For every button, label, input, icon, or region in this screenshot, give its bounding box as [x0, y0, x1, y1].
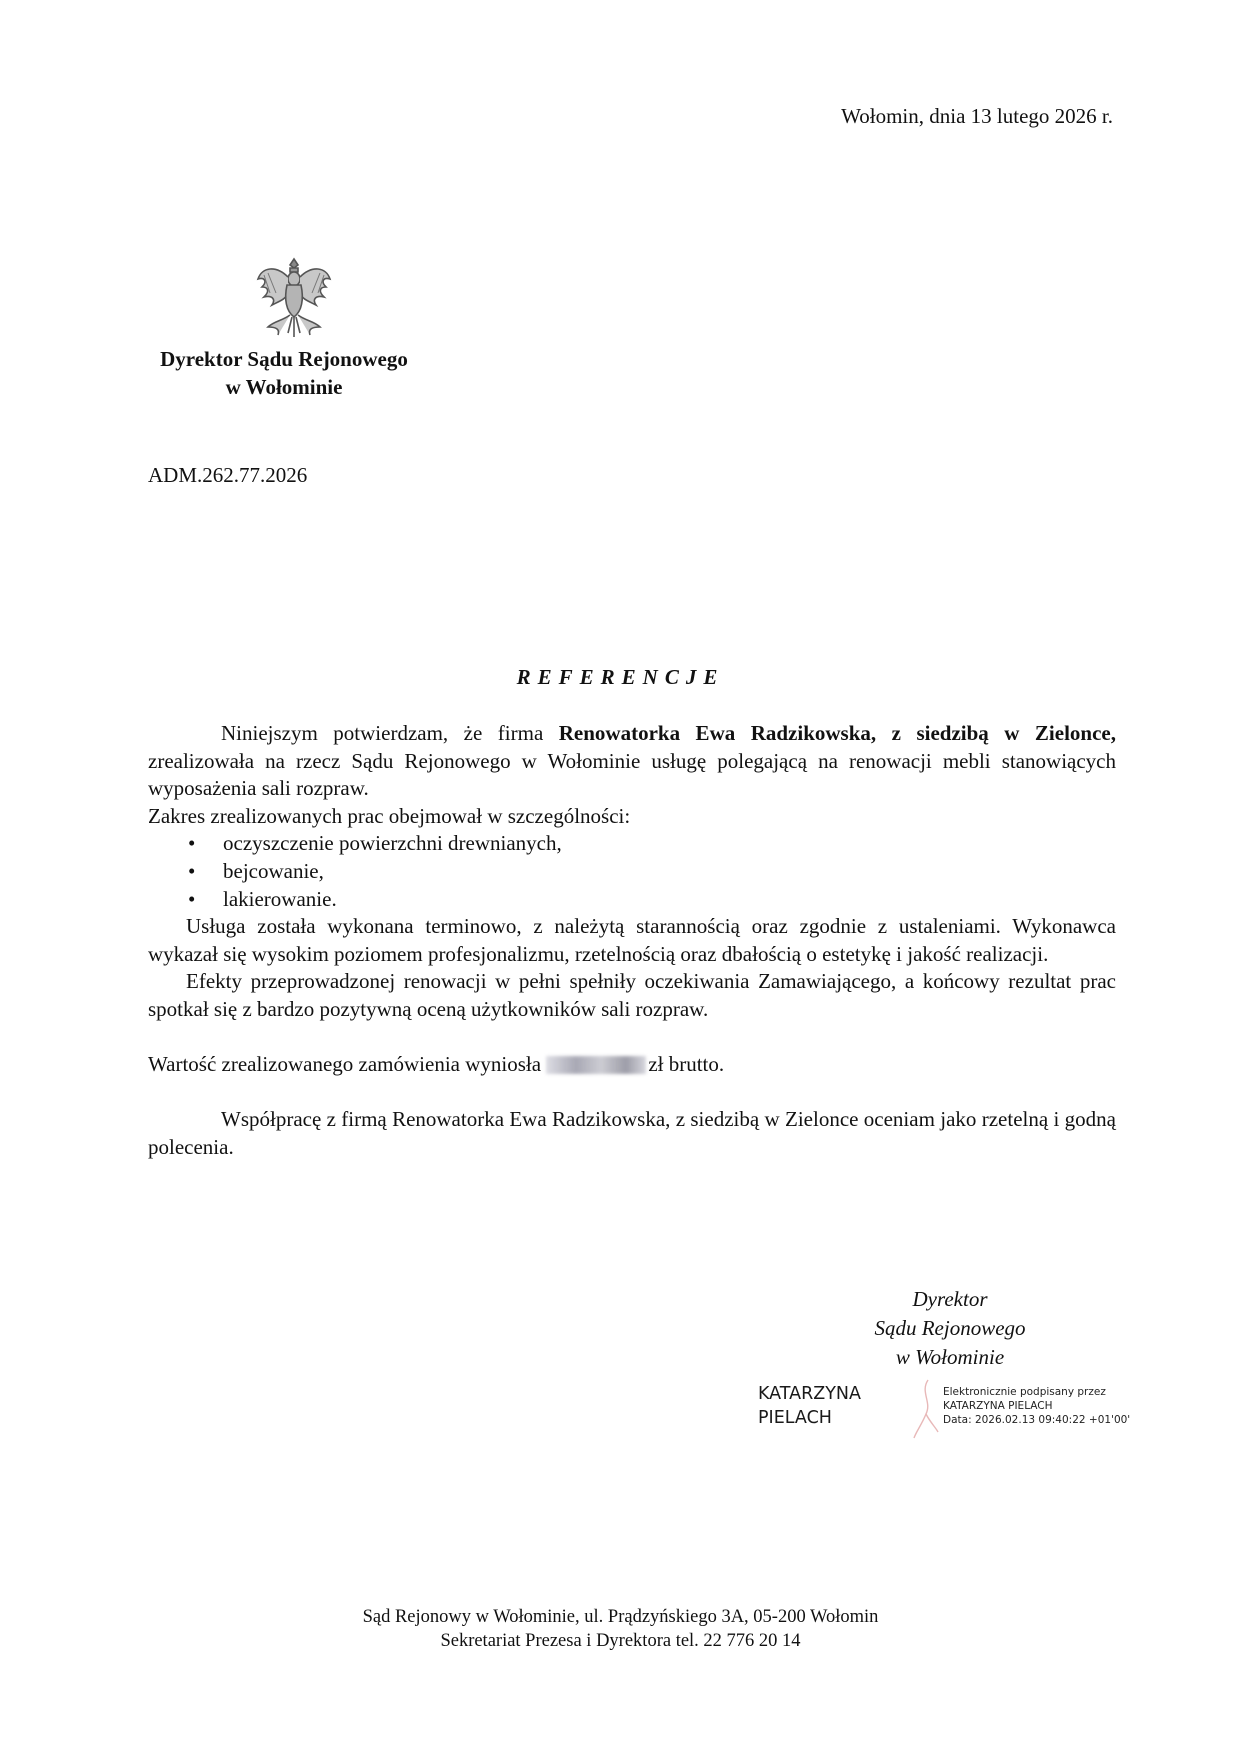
- issuer-heading: Dyrektor Sądu Rejonowego w Wołominie: [148, 345, 420, 401]
- page-footer: Sąd Rejonowy w Wołominie, ul. Prądzyński…: [0, 1605, 1241, 1653]
- signatory-title-line-2: Sądu Rejonowego: [820, 1314, 1080, 1343]
- quality-paragraph: Usługa została wykonana terminowo, z nal…: [148, 913, 1116, 968]
- effects-paragraph: Efekty przeprowadzonej renowacji w pełni…: [148, 968, 1116, 1023]
- signer-last-name: PIELACH: [758, 1406, 861, 1430]
- footer-phone: Sekretariat Prezesa i Dyrektora tel. 22 …: [0, 1629, 1241, 1653]
- scope-list: oczyszczenie powierzchni drewnianych, be…: [148, 830, 1116, 913]
- scope-item: oczyszczenie powierzchni drewnianych,: [148, 830, 1116, 858]
- e-signature-label: Elektronicznie podpisany przez: [943, 1385, 1130, 1399]
- reference-number: ADM.262.77.2026: [148, 463, 307, 488]
- document-body: Niniejszym potwierdzam, że firma Renowat…: [148, 720, 1116, 1162]
- e-signature-logo-icon[interactable]: [912, 1378, 940, 1440]
- signatory-title-line-1: Dyrektor: [820, 1285, 1080, 1314]
- place-and-date: Wołomin, dnia 13 lutego 2026 r.: [841, 104, 1113, 129]
- redacted-amount: [546, 1056, 646, 1074]
- signatory-title-line-3: w Wołominie: [820, 1343, 1080, 1372]
- contractor-name: Renowatorka Ewa Radzikowska, z siedzibą …: [559, 721, 1116, 745]
- scope-intro: Zakres zrealizowanych prac obejmował w s…: [148, 803, 1116, 831]
- scope-item: lakierowanie.: [148, 886, 1116, 914]
- issuer-line-1: Dyrektor Sądu Rejonowego: [148, 345, 420, 373]
- scope-item: bejcowanie,: [148, 858, 1116, 886]
- polish-eagle-emblem-icon: [254, 255, 334, 340]
- e-signature-date: Data: 2026.02.13 09:40:22 +01'00': [943, 1413, 1130, 1427]
- issuer-line-2: w Wołominie: [148, 373, 420, 401]
- signer-name: KATARZYNA PIELACH: [758, 1382, 861, 1430]
- intro-text: Niniejszym potwierdzam, że firma: [221, 721, 559, 745]
- order-value-label: Wartość zrealizowanego zamówienia wynios…: [148, 1052, 546, 1076]
- closing-paragraph: Współpracę z firmą Renowatorka Ewa Radzi…: [148, 1106, 1116, 1161]
- intro-paragraph: Niniejszym potwierdzam, że firma Renowat…: [148, 720, 1116, 803]
- intro-text-continued: zrealizowała na rzecz Sądu Rejonowego w …: [148, 749, 1116, 801]
- signer-first-name: KATARZYNA: [758, 1382, 861, 1406]
- order-value-currency: zł brutto.: [648, 1052, 724, 1076]
- order-value-line: Wartość zrealizowanego zamówienia wynios…: [148, 1051, 1116, 1079]
- e-signature-signer: KATARZYNA PIELACH: [943, 1399, 1130, 1413]
- document-title: REFERENCJE: [0, 665, 1241, 690]
- signatory-title: Dyrektor Sądu Rejonowego w Wołominie: [820, 1285, 1080, 1372]
- e-signature-details[interactable]: Elektronicznie podpisany przez KATARZYNA…: [943, 1385, 1130, 1427]
- footer-address: Sąd Rejonowy w Wołominie, ul. Prądzyński…: [0, 1605, 1241, 1629]
